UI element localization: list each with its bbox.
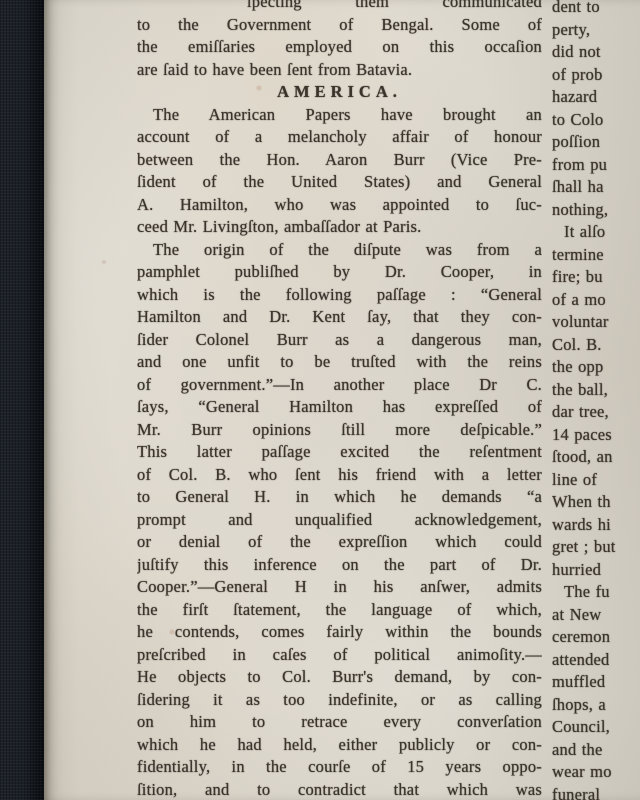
text-line: of government.”—In another place Dr C. — [137, 374, 542, 397]
text-line: Cooper.”—General H in his anſwer, admits — [137, 576, 542, 599]
text-line: which he had held, either publicly or co… — [137, 734, 542, 757]
text-line: ſider Colonel Burr as a dangerous man, — [137, 329, 542, 352]
text-line: account of a melancholy affair of honour — [137, 126, 542, 149]
text-line: Council, — [552, 716, 640, 739]
text-line: ſpecting them communicated — [137, 0, 542, 14]
text-line: ceremon — [552, 626, 640, 649]
text-line: line of — [552, 469, 640, 492]
text-line: hurried — [552, 559, 640, 582]
text-line: dar tree, — [552, 401, 640, 424]
text-line: the ball, — [552, 379, 640, 402]
text-line: to General H. in which he demands “a — [137, 486, 542, 509]
text-line: A. Hamilton, who was appointed to ſuc- — [137, 194, 542, 217]
text-line: It alſo — [552, 221, 640, 244]
text-line: from pu — [552, 154, 640, 177]
text-line: Mr. Burr opinions ſtill more deſpicable.… — [137, 419, 542, 442]
section-heading-america: AMERICA. — [137, 81, 542, 104]
text-line: prompt and unqualified acknowledgement, — [137, 509, 542, 532]
text-line: of prob — [552, 64, 640, 87]
text-line: ſtood, an — [552, 446, 640, 469]
text-line: gret ; but — [552, 536, 640, 559]
text-line: are ſaid to have been ſent from Batavia. — [137, 59, 542, 82]
text-line: ſhops, a — [552, 694, 640, 717]
text-line: funeral — [552, 784, 640, 800]
text-line: ſhall ha — [552, 176, 640, 199]
text-line: on him to retrace every converſation — [137, 711, 542, 734]
text-line: the firſt ſtatement, the language of whi… — [137, 599, 542, 622]
text-line: ſidering it as too indefinite, or as cal… — [137, 689, 542, 712]
text-line: muffled — [552, 671, 640, 694]
text-line: and one unfit to be truſted with the rei… — [137, 351, 542, 374]
dark-cloth-background — [0, 0, 44, 800]
text-line: the emiſſaries employed on this occaſion — [137, 36, 542, 59]
text-line: of Col. B. who ſent his friend with a le… — [137, 464, 542, 487]
text-line: poſſion — [552, 131, 640, 154]
text-line: termine — [552, 244, 640, 267]
text-line: to the Government of Bengal. Some of — [137, 14, 542, 37]
text-line: at New — [552, 604, 640, 627]
text-line: This latter paſſage excited the reſentme… — [137, 441, 542, 464]
text-line: of a mo — [552, 289, 640, 312]
text-line: He objects to Col. Burr's demand, by con… — [137, 666, 542, 689]
text-line: to Colo — [552, 109, 640, 132]
text-line: juſtify this inference on the part of Dr… — [137, 554, 542, 577]
text-line: wear mo — [552, 761, 640, 784]
text-line: attended — [552, 649, 640, 672]
text-line: preſcribed in caſes of political animoſi… — [137, 644, 542, 667]
text-line: The origin of the diſpute was from a — [137, 239, 542, 262]
text-line: pamphlet publiſhed by Dr. Cooper, in — [137, 261, 542, 284]
text-line: perty, — [552, 19, 640, 42]
text-line: wards hi — [552, 514, 640, 537]
text-line: dent to — [552, 0, 640, 19]
text-line: hazard — [552, 86, 640, 109]
text-line: did not — [552, 41, 640, 64]
text-line: 14 paces — [552, 424, 640, 447]
text-line: voluntar — [552, 311, 640, 334]
text-line: The fu — [552, 581, 640, 604]
text-line: the opp — [552, 356, 640, 379]
text-line: fidentially, in the courſe of 15 years o… — [137, 756, 542, 779]
newspaper-page: ſpecting them communicatedto the Governm… — [44, 0, 640, 800]
text-line: ceed Mr. Livingſton, ambaſſador at Paris… — [137, 216, 542, 239]
text-line: Hamilton and Dr. Kent ſay, that they con… — [137, 306, 542, 329]
text-line: and the — [552, 739, 640, 762]
text-line: between the Hon. Aaron Burr (Vice Pre- — [137, 149, 542, 172]
photographed-newspaper-page: ſpecting them communicatedto the Governm… — [0, 0, 640, 800]
text-line: ſition, and to contradict that which was — [137, 779, 542, 800]
text-line: Col. B. — [552, 334, 640, 357]
text-line: which is the following paſſage : “Genera… — [137, 284, 542, 307]
text-line: or denial of the expreſſion which could — [137, 531, 542, 554]
text-line: fire; bu — [552, 266, 640, 289]
text-line: The American Papers have brought an — [137, 104, 542, 127]
left-column: ſpecting them communicatedto the Governm… — [137, 0, 542, 800]
text-line: he contends, comes fairly within the bou… — [137, 621, 542, 644]
right-column: dent toperty,did notof probhazardto Colo… — [552, 0, 640, 800]
text-line: ſident of the United States) and General — [137, 171, 542, 194]
text-line: ſays, “General Hamilton has expreſſed of — [137, 396, 542, 419]
text-line: When th — [552, 491, 640, 514]
text-line: nothing, — [552, 199, 640, 222]
